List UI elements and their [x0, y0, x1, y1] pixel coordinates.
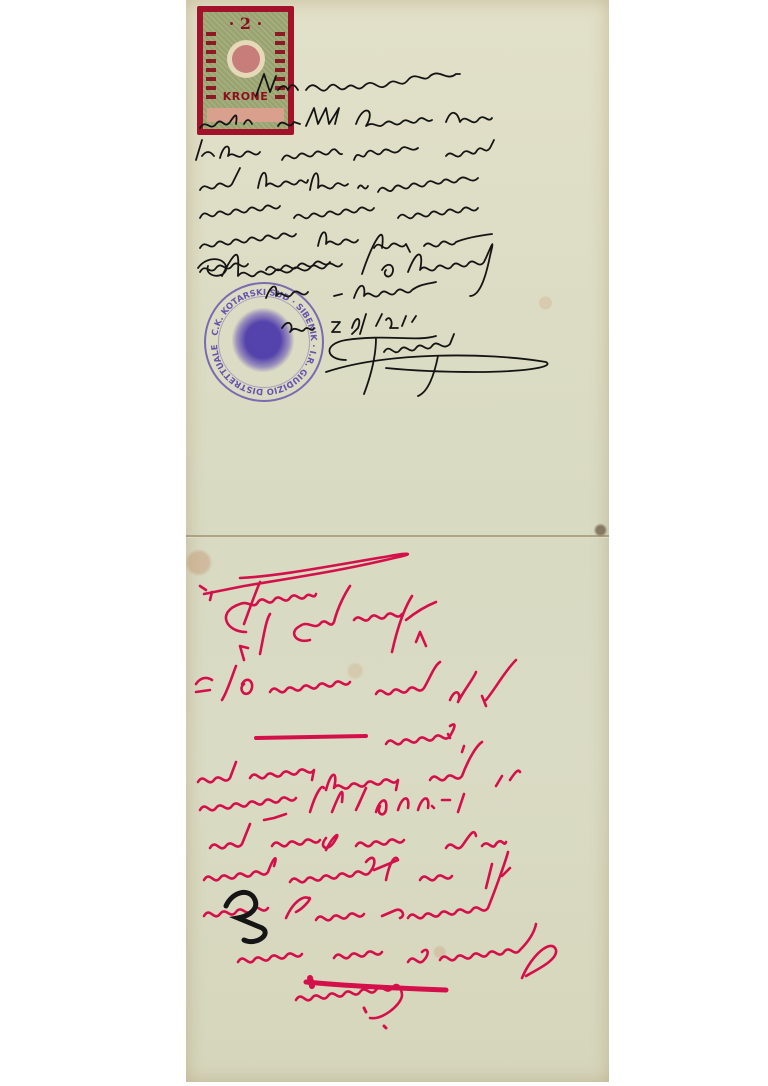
official-seal: C.K. KOTARSKI SUD · SIBENIK · I.R. GIUDI… [204, 282, 324, 402]
red-ink-strokes [196, 554, 556, 1028]
handwriting-ink-layer [186, 0, 609, 1082]
stamp-value: · 2 · [203, 14, 288, 33]
stamp-ornament-left-icon [206, 32, 216, 99]
stamp-medallion [227, 40, 265, 78]
lower-line: Primica [186, 0, 187, 1]
stamp-currency: KRONE [203, 90, 288, 103]
page-mark-strokes [226, 892, 265, 941]
seal-ring-text: C.K. KOTARSKI SUD · SIBENIK · I.R. GIUDI… [206, 284, 322, 400]
stamp-value-number: 2 [240, 14, 251, 33]
stamp-field: · 2 · KRONE [203, 12, 288, 129]
stamp-ornament-right-icon [275, 32, 285, 99]
stamp-portrait-icon [232, 45, 260, 73]
lower-section-transcription: Primica Dobijem od vam ravno forinte od … [186, 0, 187, 1]
document-page: · 2 · KRONE C.K. KOTARSKI SUD · SIBENIK … [186, 0, 609, 1082]
stamp-band [207, 108, 284, 122]
svg-text:C.K. KOTARSKI SUD · SIBENIK ·: C.K. KOTARSKI SUD · SIBENIK · I.R. GIUDI… [210, 288, 318, 396]
upper-section-transcription: Na temelju upisnika ovjerov- ljenja "G."… [186, 0, 187, 1]
upper-line: Na temelju upisnika ovjerov- [186, 0, 187, 1]
paper-fold-line [186, 535, 609, 538]
revenue-stamp: · 2 · KRONE [197, 6, 294, 135]
